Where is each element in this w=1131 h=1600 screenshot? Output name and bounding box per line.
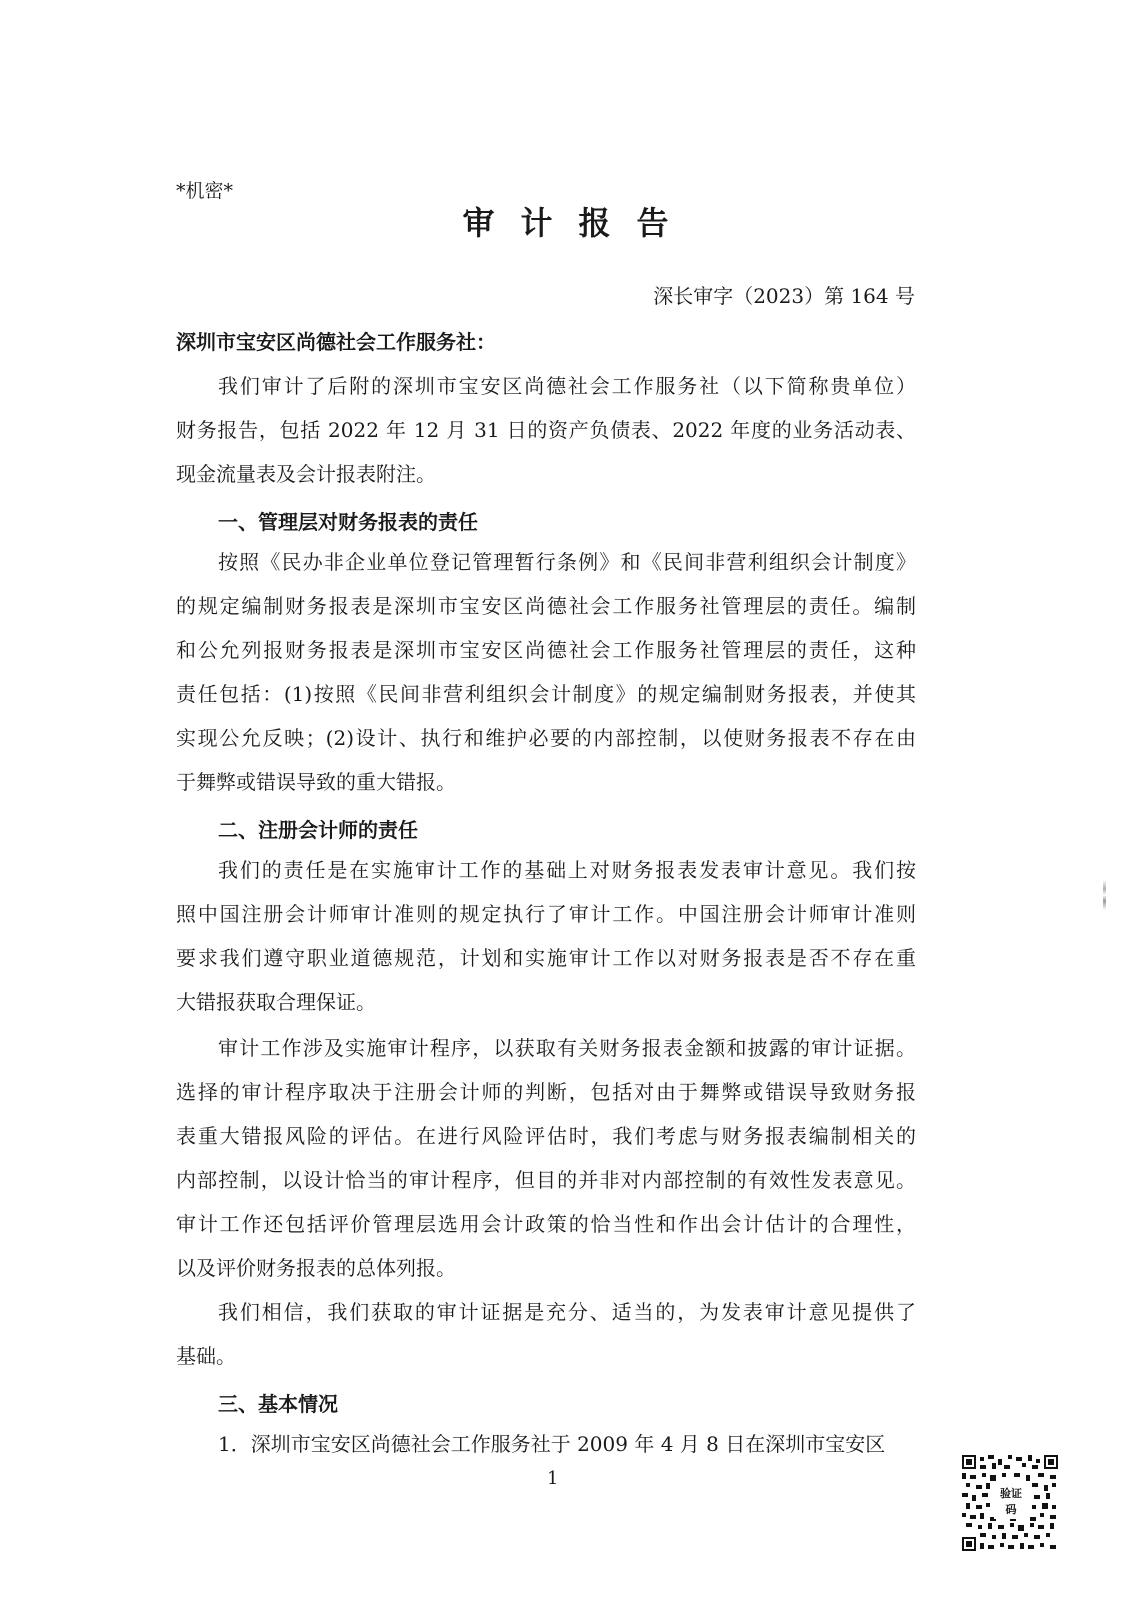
section2-line: 大错报获取合理保证。 (176, 986, 916, 1015)
document-title: 审计报告 (0, 198, 1131, 244)
intro-line: 现金流量表及会计报表附注。 (176, 458, 916, 487)
document-page: *机密* 审计报告 深长审字（2023）第 164 号 深圳市宝安区尚德社会工作… (0, 0, 1131, 1600)
section2-line: 我们相信，我们获取的审计证据是充分、适当的，为发表审计意见提供了 (218, 1296, 916, 1325)
section2-line: 以及评价财务报表的总体列报。 (176, 1252, 916, 1281)
addressee: 深圳市宝安区尚德社会工作服务社： (176, 326, 496, 355)
section2-line: 选择的审计程序取决于注册会计师的判断，包括对由于舞弊或错误导致财务报 (176, 1076, 916, 1105)
page-number: 1 (547, 1468, 558, 1489)
intro-line: 我们审计了后附的深圳市宝安区尚德社会工作服务社（以下简称贵单位） (218, 370, 916, 399)
section2-line: 要求我们遵守职业道德规范，计划和实施审计工作以对财务报表是否不存在重 (176, 942, 916, 971)
section1-line: 于舞弊或错误导致的重大错报。 (176, 766, 916, 795)
qr-code-icon[interactable]: 验证 码 (962, 1455, 1058, 1551)
section1-line: 按照《民办非企业单位登记管理暂行条例》和《民间非营利组织会计制度》 (218, 546, 916, 575)
section2-line: 表重大错报风险的评估。在进行风险评估时，我们考虑与财务报表编制相关的 (176, 1120, 916, 1149)
section2-line: 基础。 (176, 1340, 916, 1369)
section-heading-management-responsibility: 一、管理层对财务报表的责任 (218, 506, 478, 535)
qr-label-code: 码 (994, 1502, 1028, 1518)
section-heading-basic-info: 三、基本情况 (218, 1388, 338, 1417)
section2-line: 审计工作还包括评价管理层选用会计政策的恰当性和作出会计估计的合理性， (176, 1208, 916, 1237)
section1-line: 责任包括：(1)按照《民间非营利组织会计制度》的规定编制财务报表，并使其 (176, 678, 916, 707)
section1-line: 的规定编制财务报表是深圳市宝安区尚德社会工作服务社管理层的责任。编制 (176, 590, 916, 619)
section2-line: 照中国注册会计师审计准则的规定执行了审计工作。中国注册会计师审计准则 (176, 898, 916, 927)
section1-line: 实现公允反映；(2)设计、执行和维护必要的内部控制，以使财务报表不存在由 (176, 722, 916, 751)
section1-line: 和公允列报财务报表是深圳市宝安区尚德社会工作服务社管理层的责任，这种 (176, 634, 916, 663)
section2-line: 内部控制，以设计恰当的审计程序，但目的并非对内部控制的有效性发表意见。 (176, 1164, 916, 1193)
document-number: 深长审字（2023）第 164 号 (653, 280, 915, 309)
qr-label-verify: 验证 (994, 1486, 1028, 1502)
section3-line: 1．深圳市宝安区尚德社会工作服务社于 2009 年 4 月 8 日在深圳市宝安区 (218, 1428, 916, 1457)
section2-line: 我们的责任是在实施审计工作的基础上对财务报表发表审计意见。我们按 (218, 854, 916, 883)
intro-line: 财务报告，包括 2022 年 12 月 31 日的资产负债表、2022 年度的业… (176, 414, 916, 443)
section2-line: 审计工作涉及实施审计程序，以获取有关财务报表金额和披露的审计证据。 (218, 1032, 916, 1061)
scan-artifact (1103, 880, 1106, 910)
section-heading-auditor-responsibility: 二、注册会计师的责任 (218, 814, 418, 843)
